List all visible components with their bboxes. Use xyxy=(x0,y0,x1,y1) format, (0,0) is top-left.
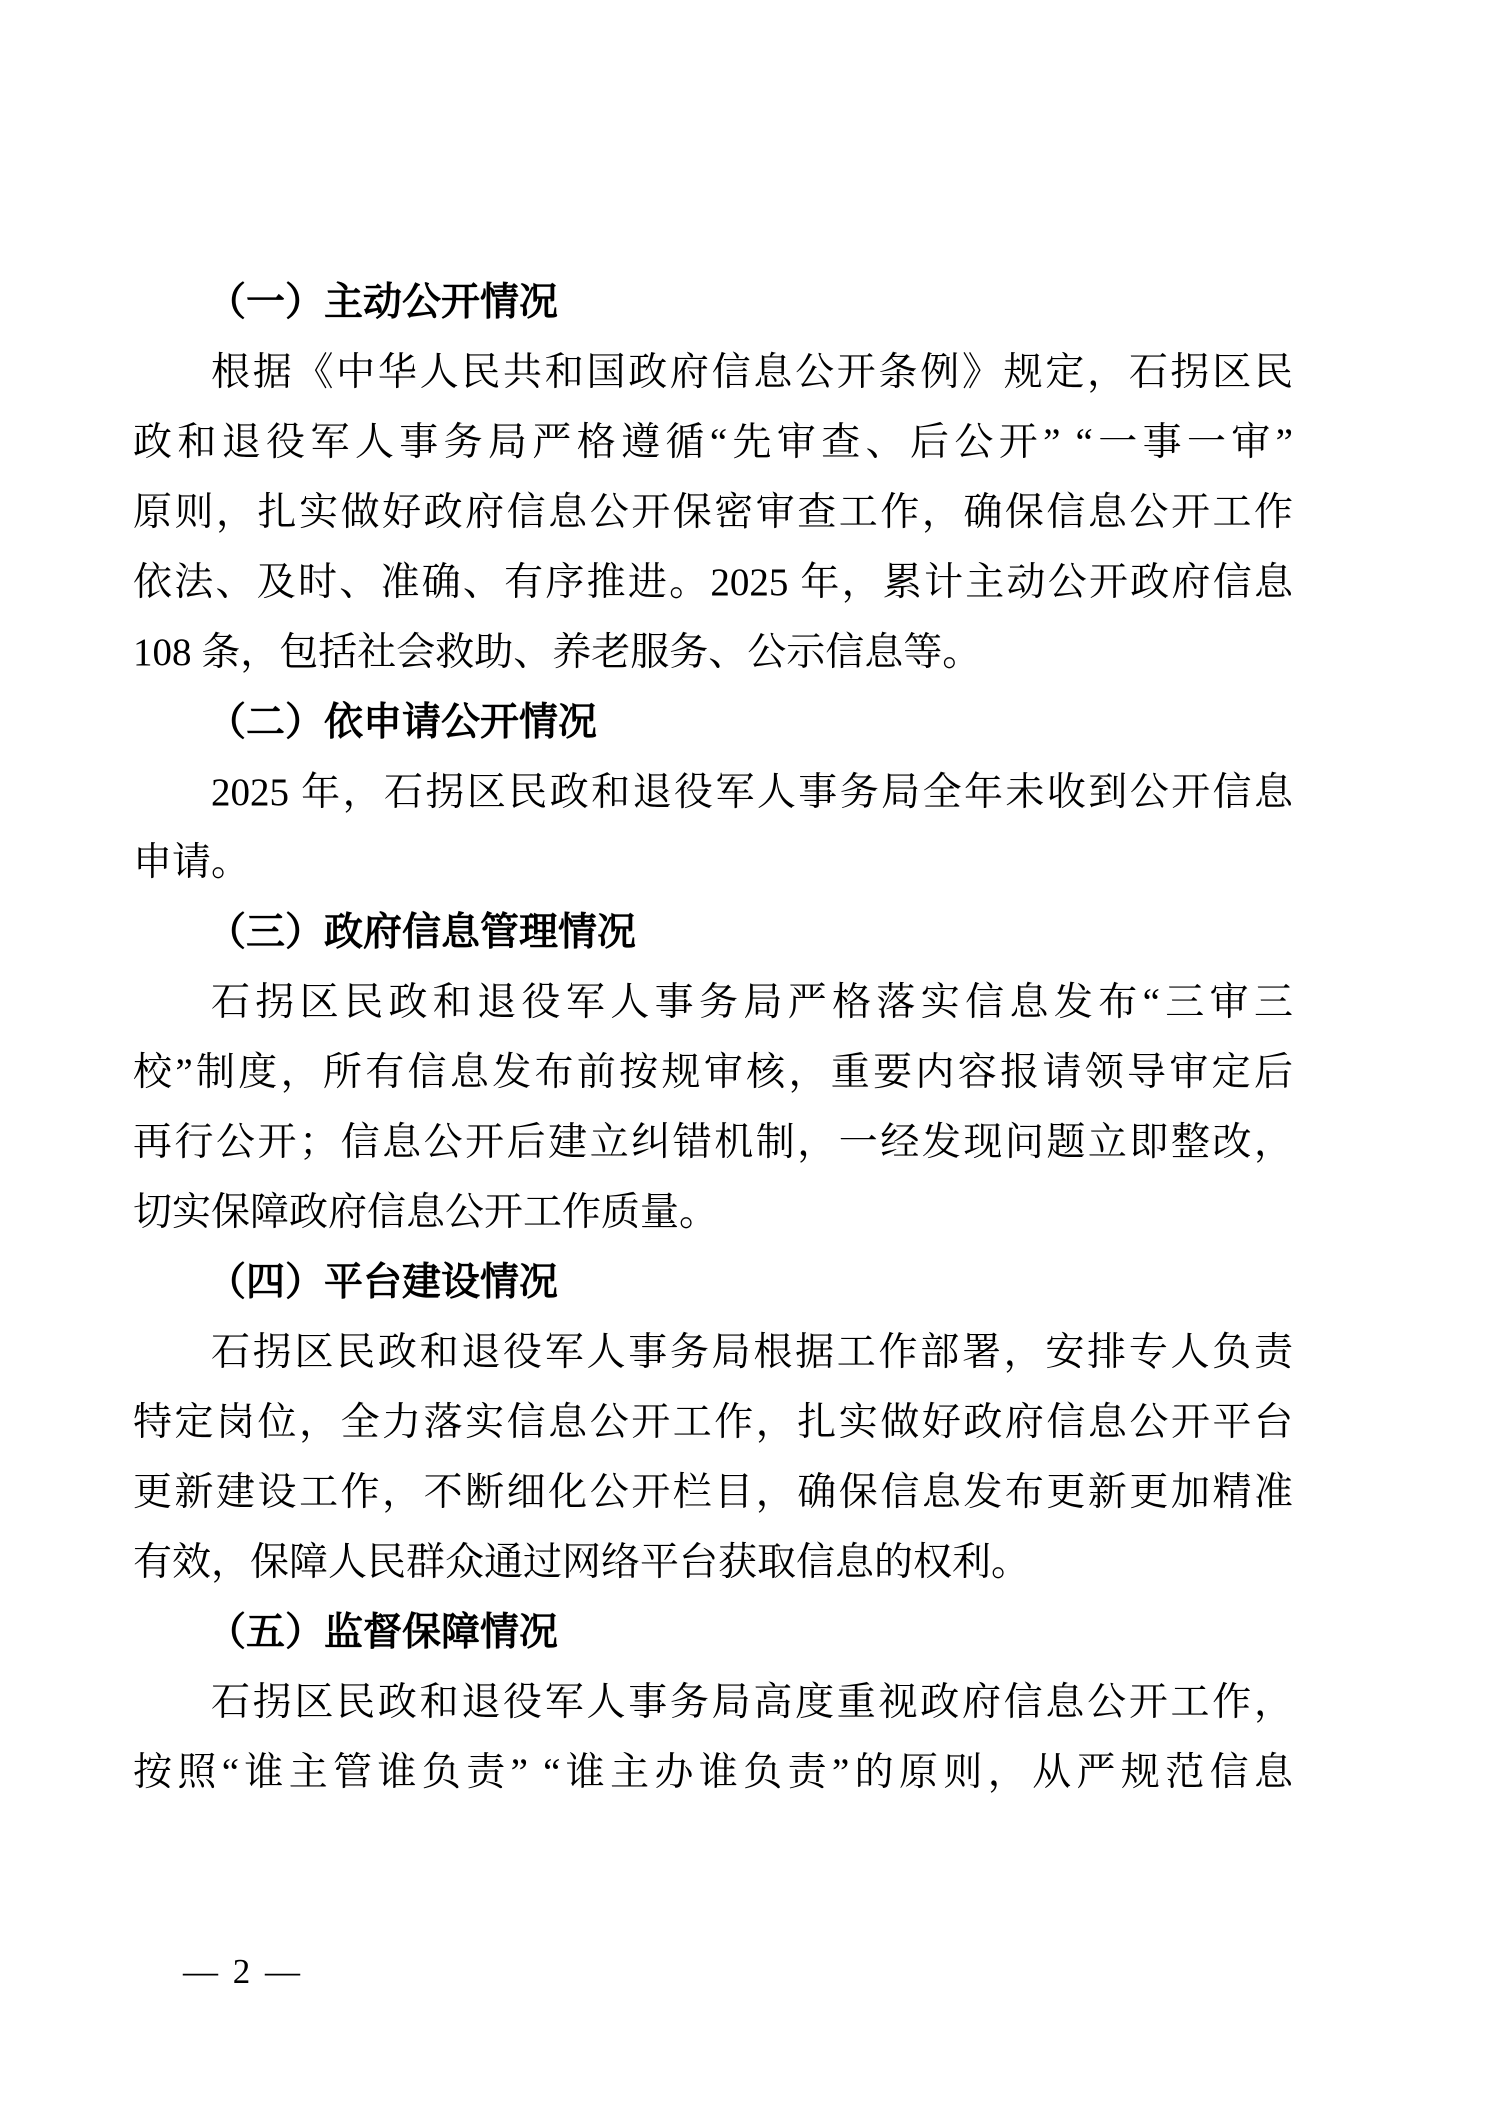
body-line: 石拐区民政和退役军人事务局高度重视政府信息公开工作， xyxy=(133,1668,1293,1738)
body-line: 有效，保障人民群众通过网络平台获取信息的权利。 xyxy=(133,1528,1293,1598)
section-heading-3: （三）政府信息管理情况 xyxy=(133,898,1293,968)
body-line: 原则，扎实做好政府信息公开保密审查工作，确保信息公开工作 xyxy=(133,478,1293,548)
body-line: 政和退役军人事务局严格遵循“先审查、后公开” “一事一审” xyxy=(133,408,1293,478)
page-number: — 2 — xyxy=(183,1952,303,1992)
body-line: 申请。 xyxy=(133,828,1293,898)
section-heading-1: （一）主动公开情况 xyxy=(133,268,1293,338)
body-line: 切实保障政府信息公开工作质量。 xyxy=(133,1178,1293,1248)
body-line: 再行公开；信息公开后建立纠错机制，一经发现问题立即整改， xyxy=(133,1108,1293,1178)
body-line: 按照“谁主管谁负责” “谁主办谁负责”的原则，从严规范信息 xyxy=(133,1738,1293,1808)
document-body: （一）主动公开情况根据《中华人民共和国政府信息公开条例》规定，石拐区民政和退役军… xyxy=(133,268,1293,1808)
body-line: 2025 年，石拐区民政和退役军人事务局全年未收到公开信息 xyxy=(133,758,1293,828)
body-line: 校”制度，所有信息发布前按规审核，重要内容报请领导审定后 xyxy=(133,1038,1293,1108)
body-line: 石拐区民政和退役军人事务局根据工作部署，安排专人负责 xyxy=(133,1318,1293,1388)
body-line: 更新建设工作，不断细化公开栏目，确保信息发布更新更加精准 xyxy=(133,1458,1293,1528)
body-line: 依法、及时、准确、有序推进。2025 年，累计主动公开政府信息 xyxy=(133,548,1293,618)
section-heading-2: （二）依申请公开情况 xyxy=(133,688,1293,758)
body-line: 根据《中华人民共和国政府信息公开条例》规定，石拐区民 xyxy=(133,338,1293,408)
body-line: 石拐区民政和退役军人事务局严格落实信息发布“三审三 xyxy=(133,968,1293,1038)
section-heading-5: （五）监督保障情况 xyxy=(133,1598,1293,1668)
body-line: 108 条，包括社会救助、养老服务、公示信息等。 xyxy=(133,618,1293,688)
document-page: （一）主动公开情况根据《中华人民共和国政府信息公开条例》规定，石拐区民政和退役军… xyxy=(0,0,1486,2103)
section-heading-4: （四）平台建设情况 xyxy=(133,1248,1293,1318)
body-line: 特定岗位，全力落实信息公开工作，扎实做好政府信息公开平台 xyxy=(133,1388,1293,1458)
